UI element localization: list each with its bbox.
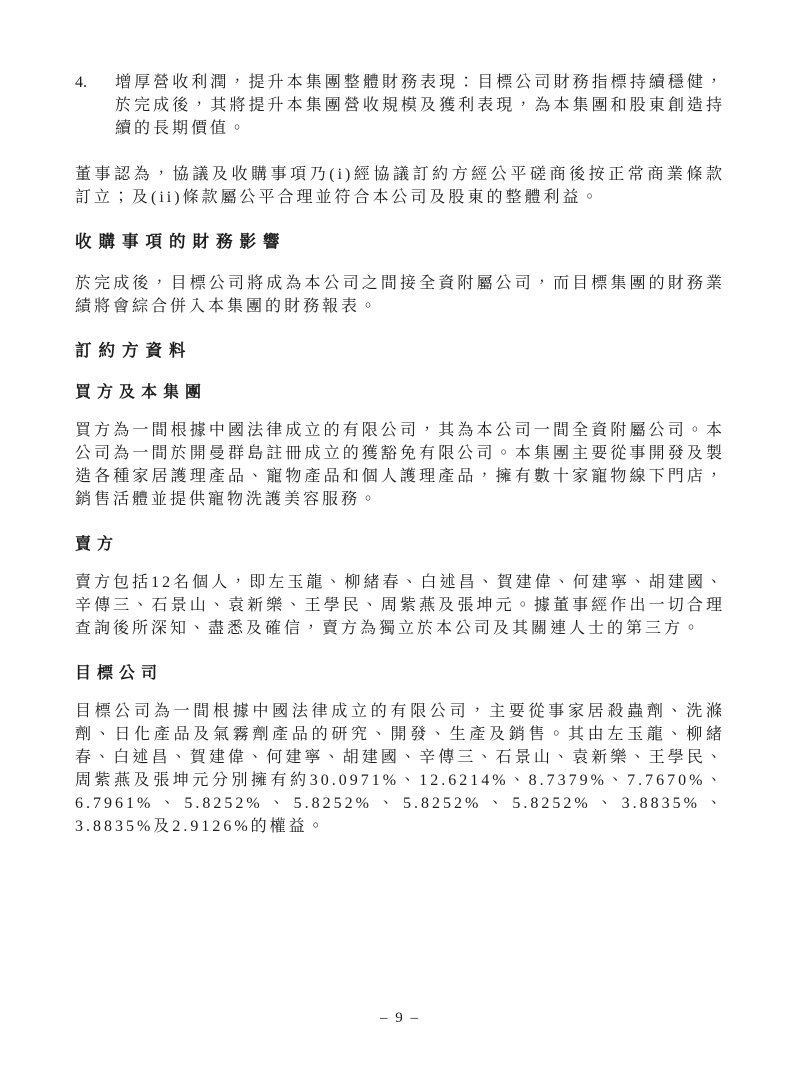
paragraph-vendors: 賣方包括12名個人，即左玉龍、柳緒春、白述昌、賀建偉、何建寧、胡建國、辛傳三、石… xyxy=(75,571,725,640)
list-item-number: 4. xyxy=(75,71,115,140)
page-number: – 9 – xyxy=(0,1010,800,1027)
paragraph-financial-impact: 於完成後，目標公司將成為本公司之間接全資附屬公司，而目標集團的財務業績將會綜合併… xyxy=(75,272,725,318)
subheading-target-company: 目標公司 xyxy=(75,662,725,685)
subheading-vendors: 賣方 xyxy=(75,533,725,556)
section-heading-financial-impact: 收購事項的財務影響 xyxy=(75,231,725,254)
paragraph-directors-view: 董事認為，協議及收購事項乃(i)經協議訂約方經公平磋商後按正常商業條款訂立；及(… xyxy=(75,163,725,209)
section-heading-parties-information: 訂約方資料 xyxy=(75,340,725,363)
list-item-text: 增厚營收利潤，提升本集團整體財務表現：目標公司財務指標持續穩健，於完成後，其將提… xyxy=(115,71,725,140)
paragraph-target-company: 目標公司為一間根據中國法律成立的有限公司，主要從事家居殺蟲劑、洗滌劑、日化產品及… xyxy=(75,700,725,838)
paragraph-purchaser-group: 買方為一間根據中國法律成立的有限公司，其為本公司一間全資附屬公司。本公司為一間於… xyxy=(75,419,725,511)
document-content: 4. 增厚營收利潤，提升本集團整體財務表現：目標公司財務指標持續穩健，於完成後，… xyxy=(75,71,725,860)
document-page: 4. 增厚營收利潤，提升本集團整體財務表現：目標公司財務指標持續穩健，於完成後，… xyxy=(0,0,800,1066)
numbered-list-item-4: 4. 增厚營收利潤，提升本集團整體財務表現：目標公司財務指標持續穩健，於完成後，… xyxy=(75,71,725,140)
subheading-purchaser-group: 買方及本集團 xyxy=(75,381,725,404)
